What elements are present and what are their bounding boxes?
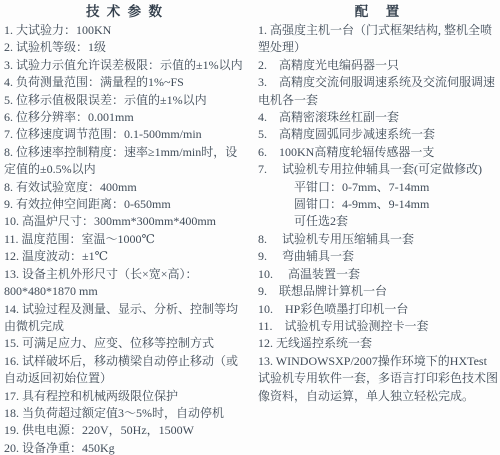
configuration-line: 13. WINDOWSXP/2007操作环境下的HXTest试验机专用软件一套，… (258, 353, 498, 405)
tech-param-line: 18. 当负荷超过额定值3～5%时，自动停机 (4, 405, 246, 422)
tech-param-line: 15. 可满足应力、应变、位移等控制方式 (4, 335, 246, 352)
tech-param-line: 3. 试验力示值允许误差极限：示值的±1%以内 (4, 57, 246, 74)
tech-param-line: 14. 试验过程及测量、显示、分析、控制等均由微机完成 (4, 301, 246, 336)
configuration-list: 1. 高强度主机一台（门式框架结构, 整机全喷塑处理） 2. 高精度光电编码器一… (258, 22, 498, 405)
spec-sheet: 技 术 参 数 1. 大试验力：100KN 2. 试验机等级：1级 3. 试验力… (0, 0, 500, 455)
configuration-line: 7. 试验机专用拉伸辅具一套(可定做修改) (258, 161, 498, 178)
configuration-line: 10. 高温装置一套 (258, 266, 498, 283)
tech-param-line: 4. 负荷测量范围：满量程的1%~FS (4, 74, 246, 91)
configuration-line: 6. 100KN高精度轮辐传感器一支 (258, 144, 498, 161)
configuration-line: 可任选2套 (258, 213, 498, 230)
configuration-line: 1. 高强度主机一台（门式框架结构, 整机全喷塑处理） (258, 22, 498, 57)
configuration-line: 10. HP彩色喷墨打印机一台 (258, 301, 498, 318)
tech-param-line: 10. 高温炉尺寸：300mm*300mm*400mm (4, 213, 246, 230)
configuration-line: 12. 无线遥控系统一套 (258, 335, 498, 352)
tech-params-column: 技 术 参 数 1. 大试验力：100KN 2. 试验机等级：1级 3. 试验力… (0, 0, 252, 455)
tech-param-line: 6. 位移分辨率：0.001mm (4, 109, 246, 126)
configuration-column: 配 置 1. 高强度主机一台（门式框架结构, 整机全喷塑处理） 2. 高精度光电… (252, 0, 500, 455)
tech-param-line: 19. 供电电源：220V，50Hz，1500W (4, 422, 246, 439)
tech-param-line: 9. 有效拉伸空间距离：0-650mm (4, 196, 246, 213)
configuration-line: 2. 高精度光电编码器一只 (258, 57, 498, 74)
tech-param-line: 7. 位移速度调节范围：0.1-500mm/min (4, 126, 246, 143)
tech-param-line: 17. 具有程控和机械两级限位保护 (4, 388, 246, 405)
tech-param-line: 12. 温度波动：±1℃ (4, 248, 246, 265)
tech-param-line: 16. 试样破坏后，移动横梁自动停止移动（或自动返回初始位置） (4, 353, 246, 388)
tech-param-line: 11. 温度范围：室温～1000℃ (4, 231, 246, 248)
configuration-line: 圆钳口：4-9mm、9-14mm (258, 196, 498, 213)
tech-param-line: 2. 试验机等级：1级 (4, 39, 246, 56)
tech-param-line: 20. 设备净重：450Kg (4, 440, 246, 455)
configuration-line: 9. 弯曲辅具一套 (258, 248, 498, 265)
tech-param-line: 8. 位移速率控制精度：速率≥1mm/min时，设定值的±0.5%以内 (4, 144, 246, 179)
configuration-line: 4. 高精密滚珠丝杠副一套 (258, 109, 498, 126)
configuration-line: 11. 试验机专用试验测控卡一套 (258, 318, 498, 335)
tech-params-title: 技 术 参 数 (4, 3, 246, 21)
configuration-line: 5. 高精度圆弧同步减速系统一套 (258, 126, 498, 143)
tech-param-line: 1. 大试验力：100KN (4, 22, 246, 39)
tech-params-list: 1. 大试验力：100KN 2. 试验机等级：1级 3. 试验力示值允许误差极限… (4, 22, 246, 455)
configuration-line: 平钳口：0-7mm、7-14mm (258, 179, 498, 196)
tech-param-line: 8. 有效试验宽度：400mm (4, 179, 246, 196)
configuration-line: 8. 试验机专用压缩辅具一套 (258, 231, 498, 248)
configuration-line: 3. 高精度交流伺服调速系统及交流伺服调速电机各一套 (258, 74, 498, 109)
configuration-line: 9. 联想品牌计算机一台 (258, 283, 498, 300)
tech-param-line: 5. 位移示值极限误差：示值的±1%以内 (4, 92, 246, 109)
tech-param-line: 13. 设备主机外形尺寸（长×宽×高）：800*480*1870 mm (4, 266, 246, 301)
configuration-title: 配 置 (258, 3, 498, 21)
